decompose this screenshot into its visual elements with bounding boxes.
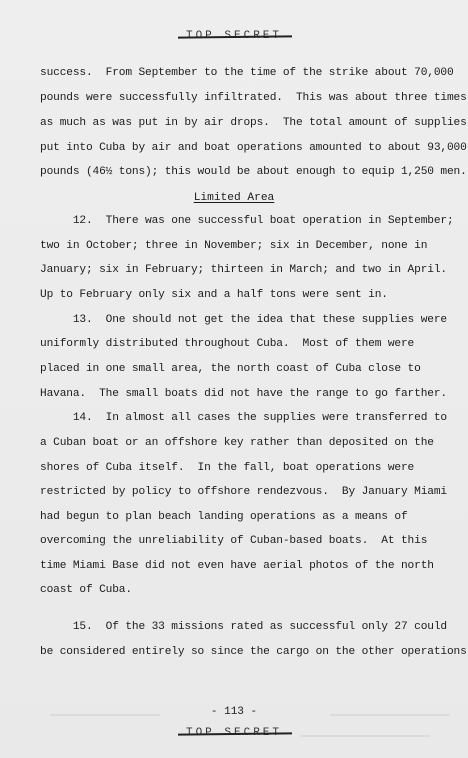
paragraph-12-line: two in October; three in November; six i… bbox=[40, 239, 427, 253]
paragraph-12-line: 12. There was one successful boat operat… bbox=[40, 214, 454, 228]
section-heading: Limited Area bbox=[0, 191, 468, 205]
paragraph-14-line: shores of Cuba itself. In the fall, boat… bbox=[40, 461, 414, 475]
document-page: TOP SECRET success. From September to th… bbox=[0, 0, 468, 758]
paragraph-14-line: had begun to plan beach landing operatio… bbox=[40, 510, 408, 524]
header-classification-text: TOP SECRET bbox=[182, 30, 286, 42]
body-line: success. From September to the time of t… bbox=[40, 66, 454, 80]
footer-classification-text: TOP SECRET bbox=[182, 727, 286, 739]
body-line: put into Cuba by air and boat operations… bbox=[40, 141, 467, 155]
body-line: pounds (46½ tons); this would be about e… bbox=[40, 165, 467, 179]
paragraph-15-line: be considered entirely so since the carg… bbox=[40, 645, 467, 659]
paragraph-13-line: Havana. The small boats did not have the… bbox=[40, 387, 447, 401]
paragraph-12-line: January; six in February; thirteen in Ma… bbox=[40, 263, 447, 277]
section-heading-text: Limited Area bbox=[194, 192, 275, 204]
paragraph-14-line: time Miami Base did not even have aerial… bbox=[40, 559, 434, 573]
paragraph-13-line: 13. One should not get the idea that the… bbox=[40, 313, 447, 327]
footer-classification-marking: TOP SECRET bbox=[0, 727, 468, 739]
header-classification-marking: TOP SECRET bbox=[0, 30, 468, 42]
paragraph-14-line: overcoming the unreliability of Cuban-ba… bbox=[40, 534, 427, 548]
body-line: pounds were successfully infiltrated. Th… bbox=[40, 91, 467, 105]
body-line: as much as was put in by air drops. The … bbox=[40, 116, 467, 130]
paragraph-13-line: uniformly distributed throughout Cuba. M… bbox=[40, 337, 414, 351]
page-number: - 113 - bbox=[0, 706, 468, 718]
paragraph-12-line: Up to February only six and a half tons … bbox=[40, 288, 388, 302]
paragraph-14-line: 14. In almost all cases the supplies wer… bbox=[40, 411, 447, 425]
paragraph-14-line: a Cuban boat or an offshore key rather t… bbox=[40, 436, 434, 450]
paragraph-13-line: placed in one small area, the north coas… bbox=[40, 362, 421, 376]
paragraph-15-line: 15. Of the 33 missions rated as successf… bbox=[40, 620, 447, 634]
paragraph-14-line: restricted by policy to offshore rendezv… bbox=[40, 485, 447, 499]
paragraph-14-line: coast of Cuba. bbox=[40, 583, 132, 597]
